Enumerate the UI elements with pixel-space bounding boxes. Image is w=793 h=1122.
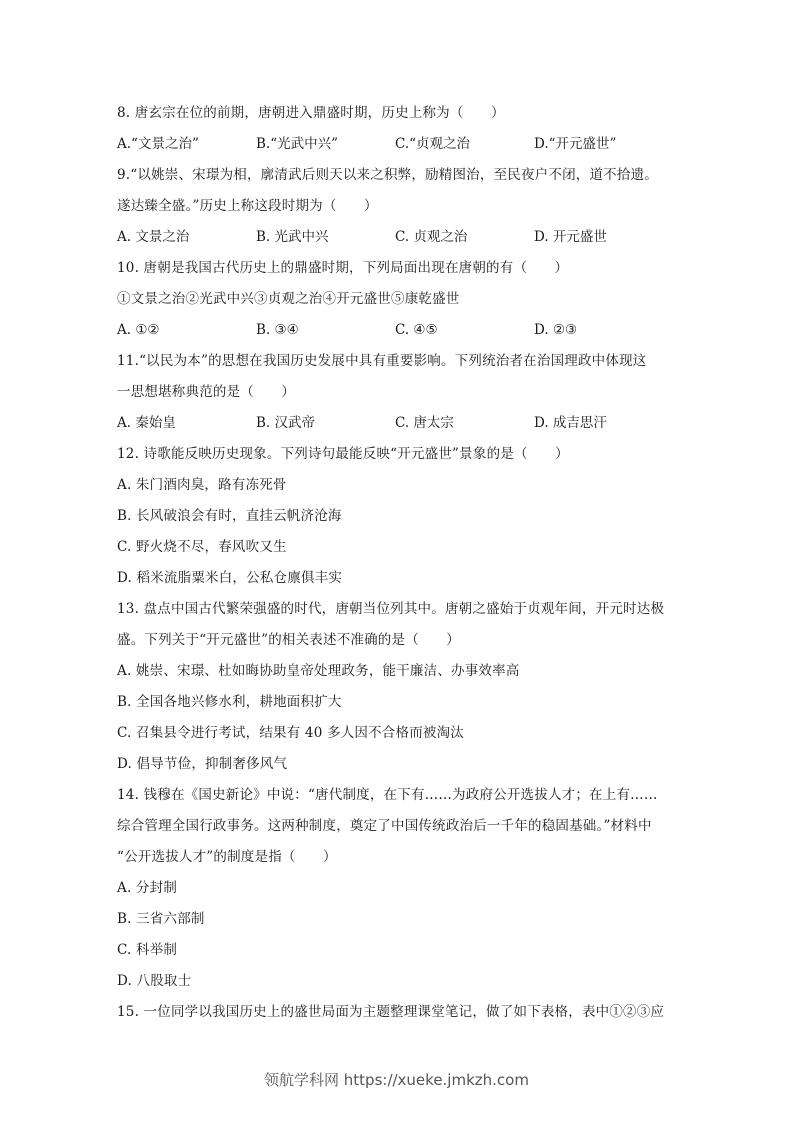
option-c: C. 科举制: [117, 939, 677, 970]
option-b: B. 汉武帝: [256, 412, 395, 443]
option-c: C. 贞观之治: [395, 226, 534, 257]
question-items: ①文景之治②光武中兴③贞观之治④开元盛世⑤康乾盛世: [117, 288, 677, 319]
option-b: B. 长风破浪会有时，直挂云帆济沧海: [117, 505, 677, 536]
question-stem-continued: 遂达臻全盛。”历史上称这段时期为（ ）: [117, 195, 677, 226]
option-c: C. 野火烧不尽，春风吹又生: [117, 536, 677, 567]
question-stem-continued: 综合管理全国行政事务。这两种制度，奠定了中国传统政治后一千年的稳固基础。”材料中: [117, 815, 677, 846]
option-a: A. 秦始皇: [117, 412, 256, 443]
question-stem: 8. 唐玄宗在位的前期，唐朝进入鼎盛时期，历史上称为（ ）: [117, 102, 677, 133]
question-stem: 14. 钱穆在《国史新论》中说：“唐代制度，在下有……为政府公开选拔人才；在上有…: [117, 784, 677, 815]
option-d: D. 倡导节俭，抑制奢侈风气: [117, 753, 677, 784]
question-stem: 15. 一位同学以我国历史上的盛世局面为主题整理课堂笔记，做了如下表格，表中①②…: [117, 1001, 677, 1032]
question-13: 13. 盘点中国古代繁荣强盛的时代，唐朝当位列其中。唐朝之盛始于贞观年间，开元时…: [117, 598, 677, 784]
option-c: C. 唐太宗: [395, 412, 534, 443]
option-d: D. ②③: [534, 319, 673, 350]
option-b: B. 全国各地兴修水利，耕地面积扩大: [117, 691, 677, 722]
option-d: D. 稻米流脂粟米白，公私仓廪俱丰实: [117, 567, 677, 598]
option-d: D. 成吉思汗: [534, 412, 673, 443]
option-c: C.“贞观之治: [395, 133, 534, 164]
option-d: D. 开元盛世: [534, 226, 673, 257]
footer-watermark: 领航学科网 https://xueke.jmkzh.com: [0, 1069, 793, 1090]
options-row: A. 文景之治 B. 光武中兴 C. 贞观之治 D. 开元盛世: [117, 226, 677, 257]
question-stem-continued: “公开选拔人才”的制度是指（ ）: [117, 846, 677, 877]
option-b: B. ③④: [256, 319, 395, 350]
option-b: B. 三省六部制: [117, 908, 677, 939]
question-stem: 10. 唐朝是我国古代历史上的鼎盛时期，下列局面出现在唐朝的有（ ）: [117, 257, 677, 288]
question-11: 11.“以民为本”的思想在我国历史发展中具有重要影响。下列统治者在治国理政中体现…: [117, 350, 677, 443]
question-15: 15. 一位同学以我国历史上的盛世局面为主题整理课堂笔记，做了如下表格，表中①②…: [117, 1001, 677, 1032]
question-stem-continued: 盛。下列关于“开元盛世”的相关表述不准确的是（ ）: [117, 629, 677, 660]
option-a: A. ①②: [117, 319, 256, 350]
question-stem: 12. 诗歌能反映历史现象。下列诗句最能反映“开元盛世”景象的是（ ）: [117, 443, 677, 474]
option-c: C. ④⑤: [395, 319, 534, 350]
option-a: A. 文景之治: [117, 226, 256, 257]
question-stem: 11.“以民为本”的思想在我国历史发展中具有重要影响。下列统治者在治国理政中体现…: [117, 350, 677, 381]
question-10: 10. 唐朝是我国古代历史上的鼎盛时期，下列局面出现在唐朝的有（ ） ①文景之治…: [117, 257, 677, 350]
question-stem: 9.“以姚崇、宋璟为相，廓清武后则天以来之积弊，励精图治，至民夜户不闭，道不拾遗…: [117, 164, 677, 195]
option-d: D. 八股取士: [117, 970, 677, 1001]
question-stem-continued: 一思想堪称典范的是（ ）: [117, 381, 677, 412]
option-b: B. 光武中兴: [256, 226, 395, 257]
question-12: 12. 诗歌能反映历史现象。下列诗句最能反映“开元盛世”景象的是（ ） A. 朱…: [117, 443, 677, 598]
option-b: B.“光武中兴”: [256, 133, 395, 164]
options-row: A. ①② B. ③④ C. ④⑤ D. ②③: [117, 319, 677, 350]
option-a: A. 分封制: [117, 877, 677, 908]
question-14: 14. 钱穆在《国史新论》中说：“唐代制度，在下有……为政府公开选拔人才；在上有…: [117, 784, 677, 1001]
question-stem: 13. 盘点中国古代繁荣强盛的时代，唐朝当位列其中。唐朝之盛始于贞观年间，开元时…: [117, 598, 677, 629]
question-9: 9.“以姚崇、宋璟为相，廓清武后则天以来之积弊，励精图治，至民夜户不闭，道不拾遗…: [117, 164, 677, 257]
document-page: 8. 唐玄宗在位的前期，唐朝进入鼎盛时期，历史上称为（ ） A.“文景之治” B…: [117, 102, 677, 1032]
option-a: A.“文景之治”: [117, 133, 256, 164]
question-8: 8. 唐玄宗在位的前期，唐朝进入鼎盛时期，历史上称为（ ） A.“文景之治” B…: [117, 102, 677, 164]
option-d: D.“开元盛世”: [534, 133, 673, 164]
options-row: A. 秦始皇 B. 汉武帝 C. 唐太宗 D. 成吉思汗: [117, 412, 677, 443]
option-a: A. 朱门酒肉臭，路有冻死骨: [117, 474, 677, 505]
option-c: C. 召集县令进行考试，结果有 40 多人因不合格而被淘汰: [117, 722, 677, 753]
option-a: A. 姚崇、宋璟、杜如晦协助皇帝处理政务，能干廉洁、办事效率高: [117, 660, 677, 691]
options-row: A.“文景之治” B.“光武中兴” C.“贞观之治 D.“开元盛世”: [117, 133, 677, 164]
